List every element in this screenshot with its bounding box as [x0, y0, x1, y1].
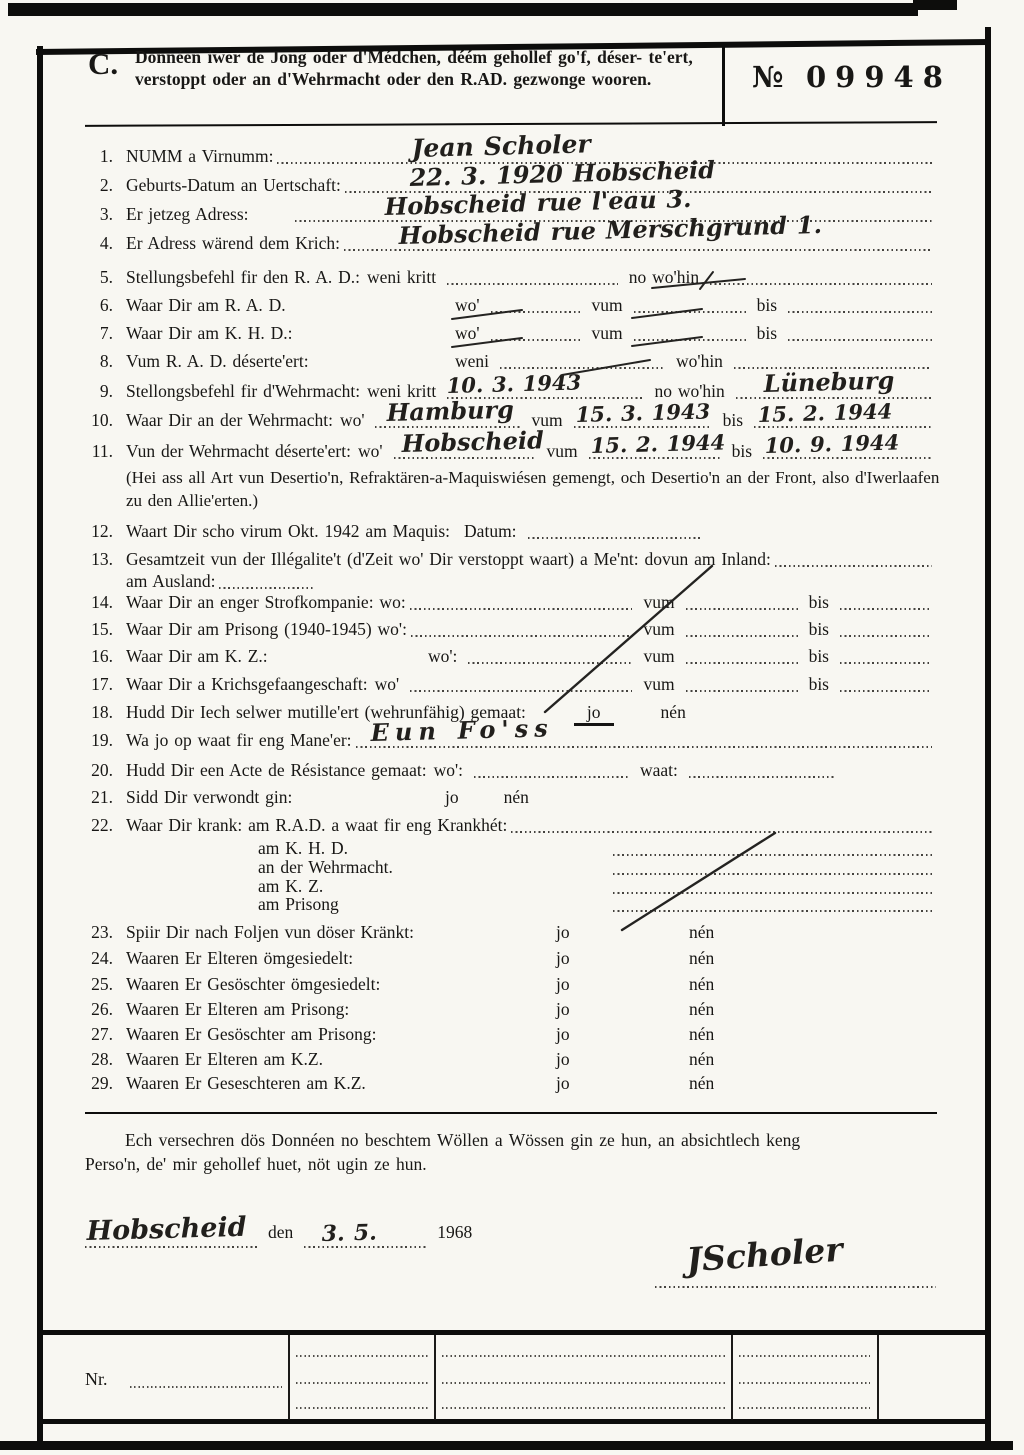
line-number: 15. [85, 619, 113, 640]
line-11-note: (Hei ass all Art vun Desertio'n, Refrakt… [126, 467, 941, 512]
line-number: 21. [85, 787, 113, 808]
field-word: vum [592, 295, 623, 316]
dotted-line [613, 854, 932, 856]
table-bottom-rule [40, 1419, 990, 1424]
line-label: Waar Dir am K. Z.: [126, 646, 421, 667]
line-number: 2. [85, 175, 113, 196]
form-frame-left [37, 46, 43, 1446]
dotted-line [474, 776, 629, 778]
dotted-line: 15. 2. 1944 [589, 457, 721, 459]
field-word: wo'hin [676, 351, 723, 372]
line-number: 1. [85, 146, 113, 167]
field-word: bis [809, 674, 829, 695]
dotted-line: Eun Fo'ss [356, 746, 932, 748]
form-title-line3: wooren. [592, 69, 651, 89]
field-word: weni [455, 351, 489, 372]
line-16: 16. Waar Dir am K. Z.: wo': vum bis [85, 646, 936, 668]
dotted-line [634, 311, 746, 313]
line-label: Spiir Dir nach Foljen vun döser Kränkt: [126, 922, 556, 943]
dotted-line [775, 565, 932, 567]
scan-artifact-corner-mark [913, 0, 957, 10]
field-word: bis [757, 323, 777, 344]
line-number: 13. [85, 549, 113, 570]
line-21: 21. Sidd Dir verwondt gin: jo nén [85, 787, 936, 809]
answer-jo: jo [556, 922, 689, 943]
field-word: vum [643, 619, 674, 640]
answer-jo: jo [445, 787, 459, 808]
handwritten-date: 3. 5. [322, 1220, 378, 1247]
line-label: Er Adress wärend dem Krich: [126, 233, 340, 254]
answer-nen: nén [689, 974, 714, 995]
handwritten-answer: Eun Fo'ss [370, 713, 554, 747]
line-number: 8. [85, 351, 113, 372]
table-top-rule [40, 1330, 990, 1335]
dotted-line: 3. 5. [304, 1246, 426, 1248]
line-22-sub4: am Prisong [85, 894, 936, 916]
line-number: 29. [85, 1073, 113, 1094]
dotted-line [447, 283, 618, 285]
line-label: Waar Dir an der Wehrmacht: [126, 410, 333, 431]
table-cell-dots [442, 1355, 725, 1357]
table-cell-dots [130, 1386, 282, 1388]
answer-jo: jo [556, 1024, 689, 1045]
handwritten-place: Hamburg [387, 395, 515, 427]
answer-jo: jo [556, 1073, 689, 1094]
line-number: 10. [85, 410, 113, 431]
field-word: waat: [640, 760, 678, 781]
line-number: 12. [85, 521, 113, 542]
field-word: bis [809, 646, 829, 667]
table-cell-dots [296, 1355, 428, 1357]
field-word: weni kritt [367, 267, 436, 288]
dotted-line [468, 662, 632, 664]
line-14: 14. Waar Dir an enger Strofkompanie: wo:… [85, 592, 936, 614]
dotted-line: 15. 3. 1943 [574, 426, 712, 428]
line-7: 7. Waar Dir am K. H. D.: wo' vum bis [85, 323, 936, 345]
table-cell-dots [739, 1407, 870, 1409]
field-word: wo' [455, 295, 480, 316]
form-title: Donnéen iwer de Jong oder d'Médchen, déé… [135, 47, 715, 90]
answer-nen: nén [689, 1049, 714, 1070]
sub-label: an der Wehrmacht. [126, 857, 609, 878]
field-word: wo' [340, 410, 365, 431]
table-cell-dots [296, 1407, 428, 1409]
field-word: wo' [358, 441, 383, 462]
answer-jo-underlined: jo [574, 702, 614, 726]
dotted-line [840, 608, 932, 610]
line-number: 25. [85, 974, 113, 995]
table-cell-dots [739, 1382, 870, 1384]
dotted-line [491, 339, 581, 341]
dotted-line: 10. 9. 1944 [763, 457, 932, 459]
dotted-line [500, 367, 665, 369]
line-label: Waaren Er Gesöschter am Prisong: [126, 1024, 556, 1045]
dotted-line [528, 537, 703, 539]
line-number: 27. [85, 1024, 113, 1045]
dotted-line [686, 635, 798, 637]
nr-label: Nr. [85, 1369, 108, 1390]
answer-nen: nén [689, 999, 714, 1020]
dotted-line [613, 873, 932, 875]
dotted-line [411, 635, 633, 637]
handwritten-place: Hobscheid [86, 1212, 247, 1247]
line-label: Waar Dir am Prisong (1940-1945) wo': [126, 619, 407, 640]
line-number: 9. [85, 381, 113, 402]
line-number: 3. [85, 204, 113, 225]
line-number: 4. [85, 233, 113, 254]
line-15: 15. Waar Dir am Prisong (1940-1945) wo':… [85, 619, 936, 641]
field-word: vum [643, 674, 674, 695]
dotted-line [686, 690, 798, 692]
line-26: 26. Waaren Er Elteren am Prisong: jo nén [85, 999, 936, 1021]
line-number: 22. [85, 815, 113, 836]
declaration-rule [85, 1112, 937, 1114]
line-28: 28. Waaren Er Elteren am K.Z. jo nén [85, 1049, 936, 1071]
line-label: Waaren Er Geseschteren am K.Z. [126, 1073, 556, 1094]
line-4: 4. Er Adress wärend dem Krich: Hobscheid… [85, 233, 936, 255]
sub-label: am K. H. D. [126, 838, 609, 859]
line-29: 29. Waaren Er Geseschteren am K.Z. jo né… [85, 1073, 936, 1095]
header-rule [85, 121, 937, 127]
dotted-line: Hobscheid [394, 457, 536, 459]
dotted-line [840, 635, 932, 637]
field-word: bis [732, 441, 752, 462]
year-label: 1968 [437, 1222, 472, 1243]
line-number: 24. [85, 948, 113, 969]
line-label: Waar Dir a Krichsgefaangeschaft: [126, 674, 368, 695]
dotted-line [491, 311, 581, 313]
field-word: bis [757, 295, 777, 316]
handwritten-date: 10. 9. 1944 [764, 429, 899, 458]
sub-label: am Prisong [126, 894, 609, 915]
line-label: Waar Dir an enger Strofkompanie: wo: [126, 592, 406, 613]
line-13b: am Ausland: [85, 571, 936, 593]
line-label: Waaren Er Elteren ömgesiedelt: [126, 948, 556, 969]
form-number-label: № [752, 60, 784, 94]
line-number: 16. [85, 646, 113, 667]
line-number: 17. [85, 674, 113, 695]
line-label: Sidd Dir verwondt gin: [126, 787, 438, 808]
dotted-line: Hobscheid rue Merschgrund 1. [344, 249, 932, 251]
line-label: Hudd Dir een Acte de Résistance gemaat: [126, 760, 427, 781]
handwritten-place: Hobscheid [401, 425, 544, 458]
field-word: wo' [375, 674, 400, 695]
dotted-line [710, 283, 932, 285]
dotted-line [686, 662, 798, 664]
answer-jo: jo [556, 999, 689, 1020]
dotted-line [788, 311, 932, 313]
line-number: 28. [85, 1049, 113, 1070]
handwritten-place: Lüneburg [763, 366, 894, 398]
line-19: 19. Wa jo op waat fir eng Mane'er: Eun F… [85, 730, 936, 752]
header-divider [722, 46, 725, 126]
line-label: Vum R. A. D. déserte'ert: [126, 351, 448, 372]
table-cell-dots [442, 1382, 725, 1384]
line-number: 23. [85, 922, 113, 943]
den-label: den [268, 1222, 293, 1243]
field-word: wo' [455, 323, 480, 344]
line-25: 25. Waaren Er Gesöschter ömgesiedelt: jo… [85, 974, 936, 996]
line-label: Waart Dir scho virum Okt. 1942 am Maquis… [126, 521, 450, 542]
line-17: 17. Waar Dir a Krichsgefaangeschaft: wo'… [85, 674, 936, 696]
line-label: Geburts-Datum an Uertschaft: [126, 175, 341, 196]
line-number: 7. [85, 323, 113, 344]
handwritten-date: 15. 2. 1944 [757, 398, 892, 427]
answer-nen: nén [689, 922, 714, 943]
line-label: am Ausland: [126, 571, 215, 592]
line-number: 26. [85, 999, 113, 1020]
field-word: bis [809, 619, 829, 640]
line-number: 6. [85, 295, 113, 316]
table-cell-dots [442, 1407, 725, 1409]
line-label: Stellungsbefehl fir den R. A. D.: [126, 267, 360, 288]
line-number: 20. [85, 760, 113, 781]
dotted-line [511, 831, 932, 833]
dotted-line [788, 339, 932, 341]
table-divider [731, 1335, 733, 1420]
form-frame-right [985, 27, 991, 1446]
line-label: Waaren Er Elteren am K.Z. [126, 1049, 556, 1070]
answer-nen: nén [661, 702, 686, 723]
answer-nen: nén [689, 1073, 714, 1094]
line-number: 19. [85, 730, 113, 751]
form-number-value: 09948 [806, 60, 952, 94]
dotted-line [634, 339, 746, 341]
handwritten-date: 10. 3. 1943 [447, 369, 582, 398]
dotted-line [840, 662, 932, 664]
dotted-line [613, 910, 932, 912]
line-label: Er jetzeg Adress: [126, 204, 291, 225]
declaration-text: Ech versechren dös Donnéen no beschtem W… [85, 1128, 940, 1176]
answer-nen: nén [504, 787, 529, 808]
handwritten-date: 15. 3. 1943 [575, 398, 710, 427]
line-label: NUMM a Virnumm: [126, 146, 273, 167]
field-word: wo': [434, 760, 463, 781]
field-word: vum [643, 646, 674, 667]
dotted-line: Hobscheid [85, 1246, 257, 1248]
line-number: 11. [85, 441, 113, 462]
dotted-line [410, 690, 632, 692]
table-divider [434, 1335, 436, 1420]
table-divider [288, 1335, 290, 1420]
field-word: vum [643, 592, 674, 613]
answer-jo: jo [556, 948, 689, 969]
field-word: wo': [428, 646, 457, 667]
line-number: 14. [85, 592, 113, 613]
form-title-line1: Donnéen iwer de Jong oder d'Médchen, déé… [135, 47, 642, 67]
line-5: 5. Stellungsbefehl fir den R. A. D.: wen… [85, 267, 936, 289]
line-label: Waar Dir am R. A. D. [126, 295, 448, 316]
line-label: Stellongsbefehl fir d'Wehrmacht: [126, 381, 360, 402]
dotted-line [689, 776, 834, 778]
handwritten-date: 15. 2. 1944 [590, 429, 725, 458]
field-word: vum [547, 441, 578, 462]
dotted-line [219, 587, 314, 589]
line-label: Gesamtzeit vun der Illégalite't (d'Zeit … [126, 549, 771, 570]
table-divider [877, 1335, 879, 1420]
dotted-line: 15. 2. 1944 [754, 426, 932, 428]
answer-jo: jo [556, 1049, 689, 1070]
line-number: 5. [85, 267, 113, 288]
dotted-line [410, 608, 633, 610]
line-label: Waaren Er Gesöschter ömgesiedelt: [126, 974, 556, 995]
scanned-form-page: C. Donnéen iwer de Jong oder d'Médchen, … [0, 0, 1024, 1455]
line-number: 18. [85, 702, 113, 723]
field-word: Datum: [464, 521, 517, 542]
line-20: 20. Hudd Dir een Acte de Résistance gema… [85, 760, 936, 782]
answer-nen: nén [689, 1024, 714, 1045]
line-label: Wa jo op waat fir eng Mane'er: [126, 730, 352, 751]
line-22: 22. Waar Dir krank: am R.A.D. a waat fir… [85, 815, 936, 837]
line-11: 11. Vun der Wehrmacht déserte'ert: wo' H… [85, 441, 936, 463]
answer-jo: jo [556, 974, 689, 995]
dotted-line [840, 690, 932, 692]
declaration-line1: Ech versechren dös Donnéen no beschtem W… [85, 1128, 940, 1152]
scan-artifact-top-bar [8, 3, 918, 16]
line-12: 12. Waart Dir scho virum Okt. 1942 am Ma… [85, 521, 936, 543]
table-cell-dots [739, 1355, 870, 1357]
line-23: 23. Spiir Dir nach Foljen vun döser Krän… [85, 922, 936, 944]
line-label: Waar Dir am K. H. D.: [126, 323, 448, 344]
table-cell-dots [296, 1382, 428, 1384]
dotted-line [686, 608, 798, 610]
line-13: 13. Gesamtzeit vun der Illégalite't (d'Z… [85, 549, 936, 571]
declaration-line2: Perso'n, de' mir gehollef huet, nöt ugin… [85, 1154, 427, 1174]
field-word: bis [723, 410, 743, 431]
line-label: Vun der Wehrmacht déserte'ert: [126, 441, 351, 462]
field-word: no wo'hin [629, 267, 699, 288]
dotted-line: Lüneburg [736, 397, 932, 399]
line-24: 24. Waaren Er Elteren ömgesiedelt: jo né… [85, 948, 936, 970]
section-letter: C. [88, 46, 118, 82]
line-27: 27. Waaren Er Gesöschter am Prisong: jo … [85, 1024, 936, 1046]
field-word: bis [809, 592, 829, 613]
line-label: Waaren Er Elteren am Prisong: [126, 999, 556, 1020]
field-word: vum [592, 323, 623, 344]
line-6: 6. Waar Dir am R. A. D. wo' vum bis [85, 295, 936, 317]
form-frame-bottom [0, 1441, 1013, 1450]
answer-nen: nén [689, 948, 714, 969]
line-label: Waar Dir krank: am R.A.D. a waat fir eng… [126, 815, 507, 836]
